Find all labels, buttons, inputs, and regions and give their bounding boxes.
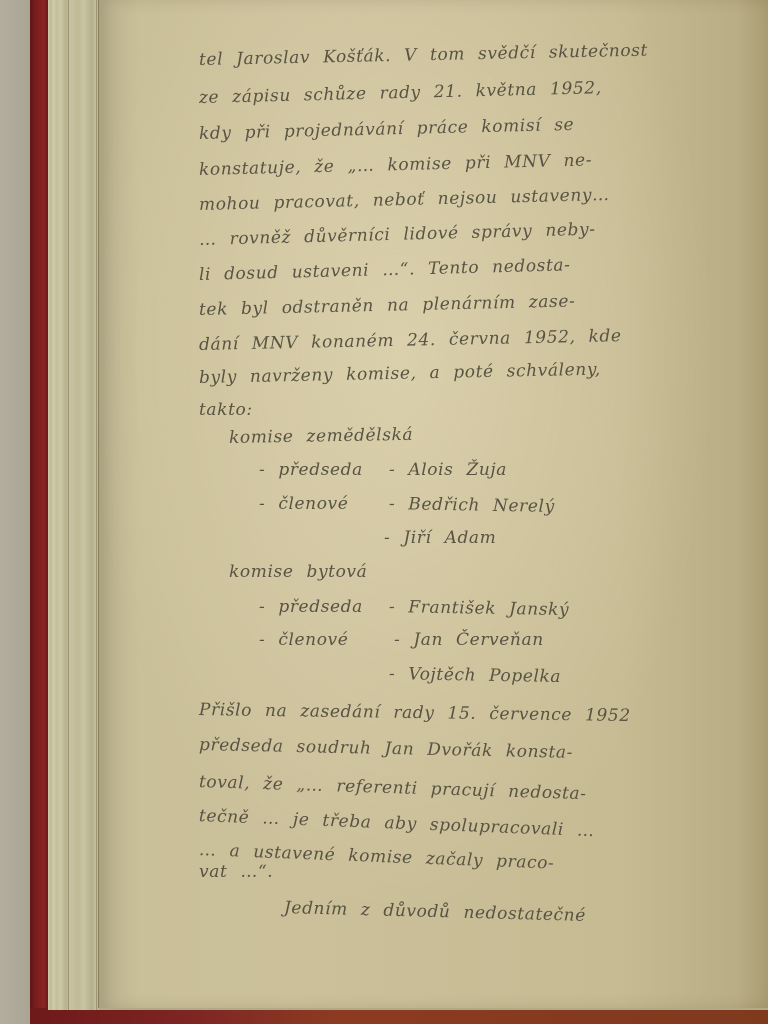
text-line: li dosud ustaveni …“. Tento nedosta- xyxy=(199,255,571,285)
text-line: předseda soudruh Jan Dvořák konsta- xyxy=(199,735,573,763)
text-line: konstatuje, že „… komise při MNV ne- xyxy=(199,150,593,180)
text-line: byly navrženy komise, a poté schváleny, xyxy=(199,360,601,388)
text-line: tek byl odstraněn na plenárním zase- xyxy=(199,291,576,320)
committee-heading: komise bytová xyxy=(229,562,367,582)
committee-member: - Jiří Adam xyxy=(384,528,496,548)
text-line: vat …“. xyxy=(199,862,273,882)
committee-role: - předseda xyxy=(259,597,363,617)
text-line: tel Jaroslav Košťák. V tom svědčí skuteč… xyxy=(199,41,648,70)
text-line: … rovněž důvěrníci lidové správy neby- xyxy=(199,220,596,250)
text-line: toval, že „… referenti pracují nedosta- xyxy=(199,772,587,804)
text-line: takto: xyxy=(199,400,253,420)
committee-role: - předseda xyxy=(259,460,363,480)
text-line: tečně … je třeba aby spolupracovali … xyxy=(199,806,595,841)
committee-member: - Vojtěch Popelka xyxy=(389,664,561,687)
book-cover-bottom-edge xyxy=(30,1008,768,1024)
photo-scene: tel Jaroslav Košťák. V tom svědčí skuteč… xyxy=(0,0,768,1024)
text-line: kdy při projednávání práce komisí se xyxy=(199,115,575,144)
committee-role: - členové xyxy=(259,494,348,514)
committee-role: - členové xyxy=(259,630,348,650)
committee-member: - Bedřich Nerelý xyxy=(389,494,555,517)
committee-heading: komise zemědělská xyxy=(229,425,414,448)
text-line: Jedním z důvodů nedostatečné xyxy=(284,898,586,926)
committee-member: - František Janský xyxy=(389,597,570,620)
committee-member: - Alois Žuja xyxy=(389,460,507,480)
text-line: Přišlo na zasedání rady 15. července 195… xyxy=(199,700,631,726)
text-line: dání MNV konaném 24. června 1952, kde xyxy=(199,326,622,355)
chronicle-page: tel Jaroslav Košťák. V tom svědčí skuteč… xyxy=(98,0,768,1008)
text-line: mohou pracovat, neboť nejsou ustaveny… xyxy=(199,185,610,215)
text-line: ze zápisu schůze rady 21. května 1952, xyxy=(199,78,602,108)
committee-member: - Jan Červeňan xyxy=(394,630,544,650)
